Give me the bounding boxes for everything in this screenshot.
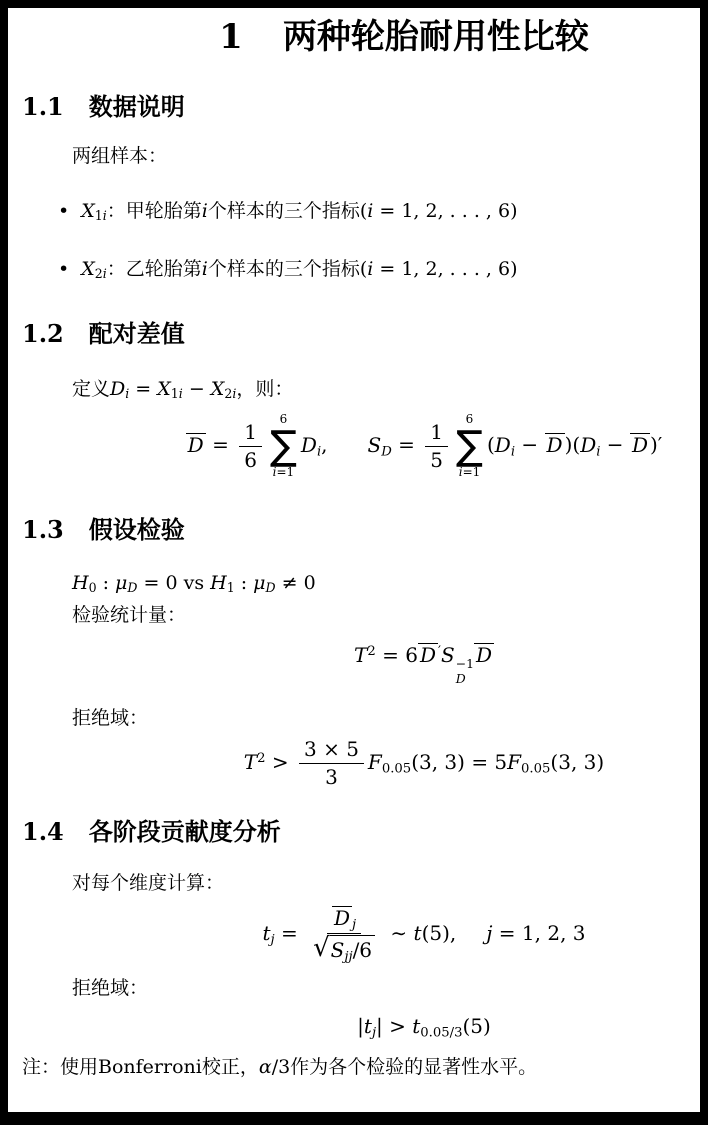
title-number: 1 — [219, 17, 243, 57]
section-heading-1-2: 1.2配对差值 — [22, 320, 686, 350]
equation-t2: T2 = 6D′S−1DD — [22, 641, 686, 687]
paragraph-hypotheses: H0 : μD = 0 vs H1 : μD ≠ 0 — [22, 568, 686, 598]
section-heading-1-1: 1.1数据说明 — [22, 93, 686, 123]
paragraph-test-statistic-label: 检验统计量： — [22, 600, 686, 630]
equation-tj: tj = Dj√Sjj/6 ∼ t(5),j = 1, 2, 3 — [22, 906, 686, 963]
equation-t2-rejection: T2 > 3 × 53F0.05(3, 3) = 5F0.05(3, 3) — [22, 737, 686, 790]
document-page: { "frame": {"border_color": "#000000", "… — [0, 0, 708, 1125]
equation-tj-rejection: |tj| > t0.05/3(5) — [22, 1012, 686, 1040]
paragraph-samples-intro: 两组样本： — [22, 141, 686, 171]
section-label: 各阶段贡献度分析 — [89, 819, 281, 846]
list-item-x1: • X1i：甲轮胎第i个样本的三个指标(i = 1, 2, . . . , 6) — [22, 196, 686, 226]
section-number: 1.1 — [22, 92, 64, 121]
paragraph-per-dimension-label: 对每个维度计算： — [22, 868, 686, 898]
section-heading-1-3: 1.3假设检验 — [22, 516, 686, 546]
equation-dbar-sd: D = 166∑i=1Di,SD = 156∑i=1(Di − D)(Di − … — [22, 412, 686, 480]
section-label: 数据说明 — [89, 94, 185, 121]
section-number: 1.4 — [22, 817, 64, 846]
bullet-text-x1: X1i：甲轮胎第i个样本的三个指标(i = 1, 2, . . . , 6) — [81, 196, 517, 226]
section-label: 假设检验 — [89, 517, 185, 544]
page-title: 1两种轮胎耐用性比较 — [22, 18, 686, 57]
paragraph-rejection-label-2: 拒绝域： — [22, 973, 686, 1003]
paragraph-rejection-label-1: 拒绝域： — [22, 703, 686, 733]
paragraph-define-d: 定义Di = X1i − X2i，则： — [22, 374, 686, 404]
section-number: 1.2 — [22, 319, 64, 348]
section-number: 1.3 — [22, 515, 64, 544]
bullet-icon: • — [58, 196, 69, 226]
footnote-bonferroni: 注：使用Bonferroni校正，α/3作为各个检验的显著性水平。 — [22, 1052, 686, 1082]
bullet-text-x2: X2i：乙轮胎第i个样本的三个指标(i = 1, 2, . . . , 6) — [81, 254, 517, 284]
section-label: 配对差值 — [89, 321, 185, 348]
title-text: 两种轮胎耐用性比较 — [283, 18, 589, 56]
list-item-x2: • X2i：乙轮胎第i个样本的三个指标(i = 1, 2, . . . , 6) — [22, 254, 686, 284]
section-heading-1-4: 1.4各阶段贡献度分析 — [22, 818, 686, 848]
bullet-icon: • — [58, 254, 69, 284]
